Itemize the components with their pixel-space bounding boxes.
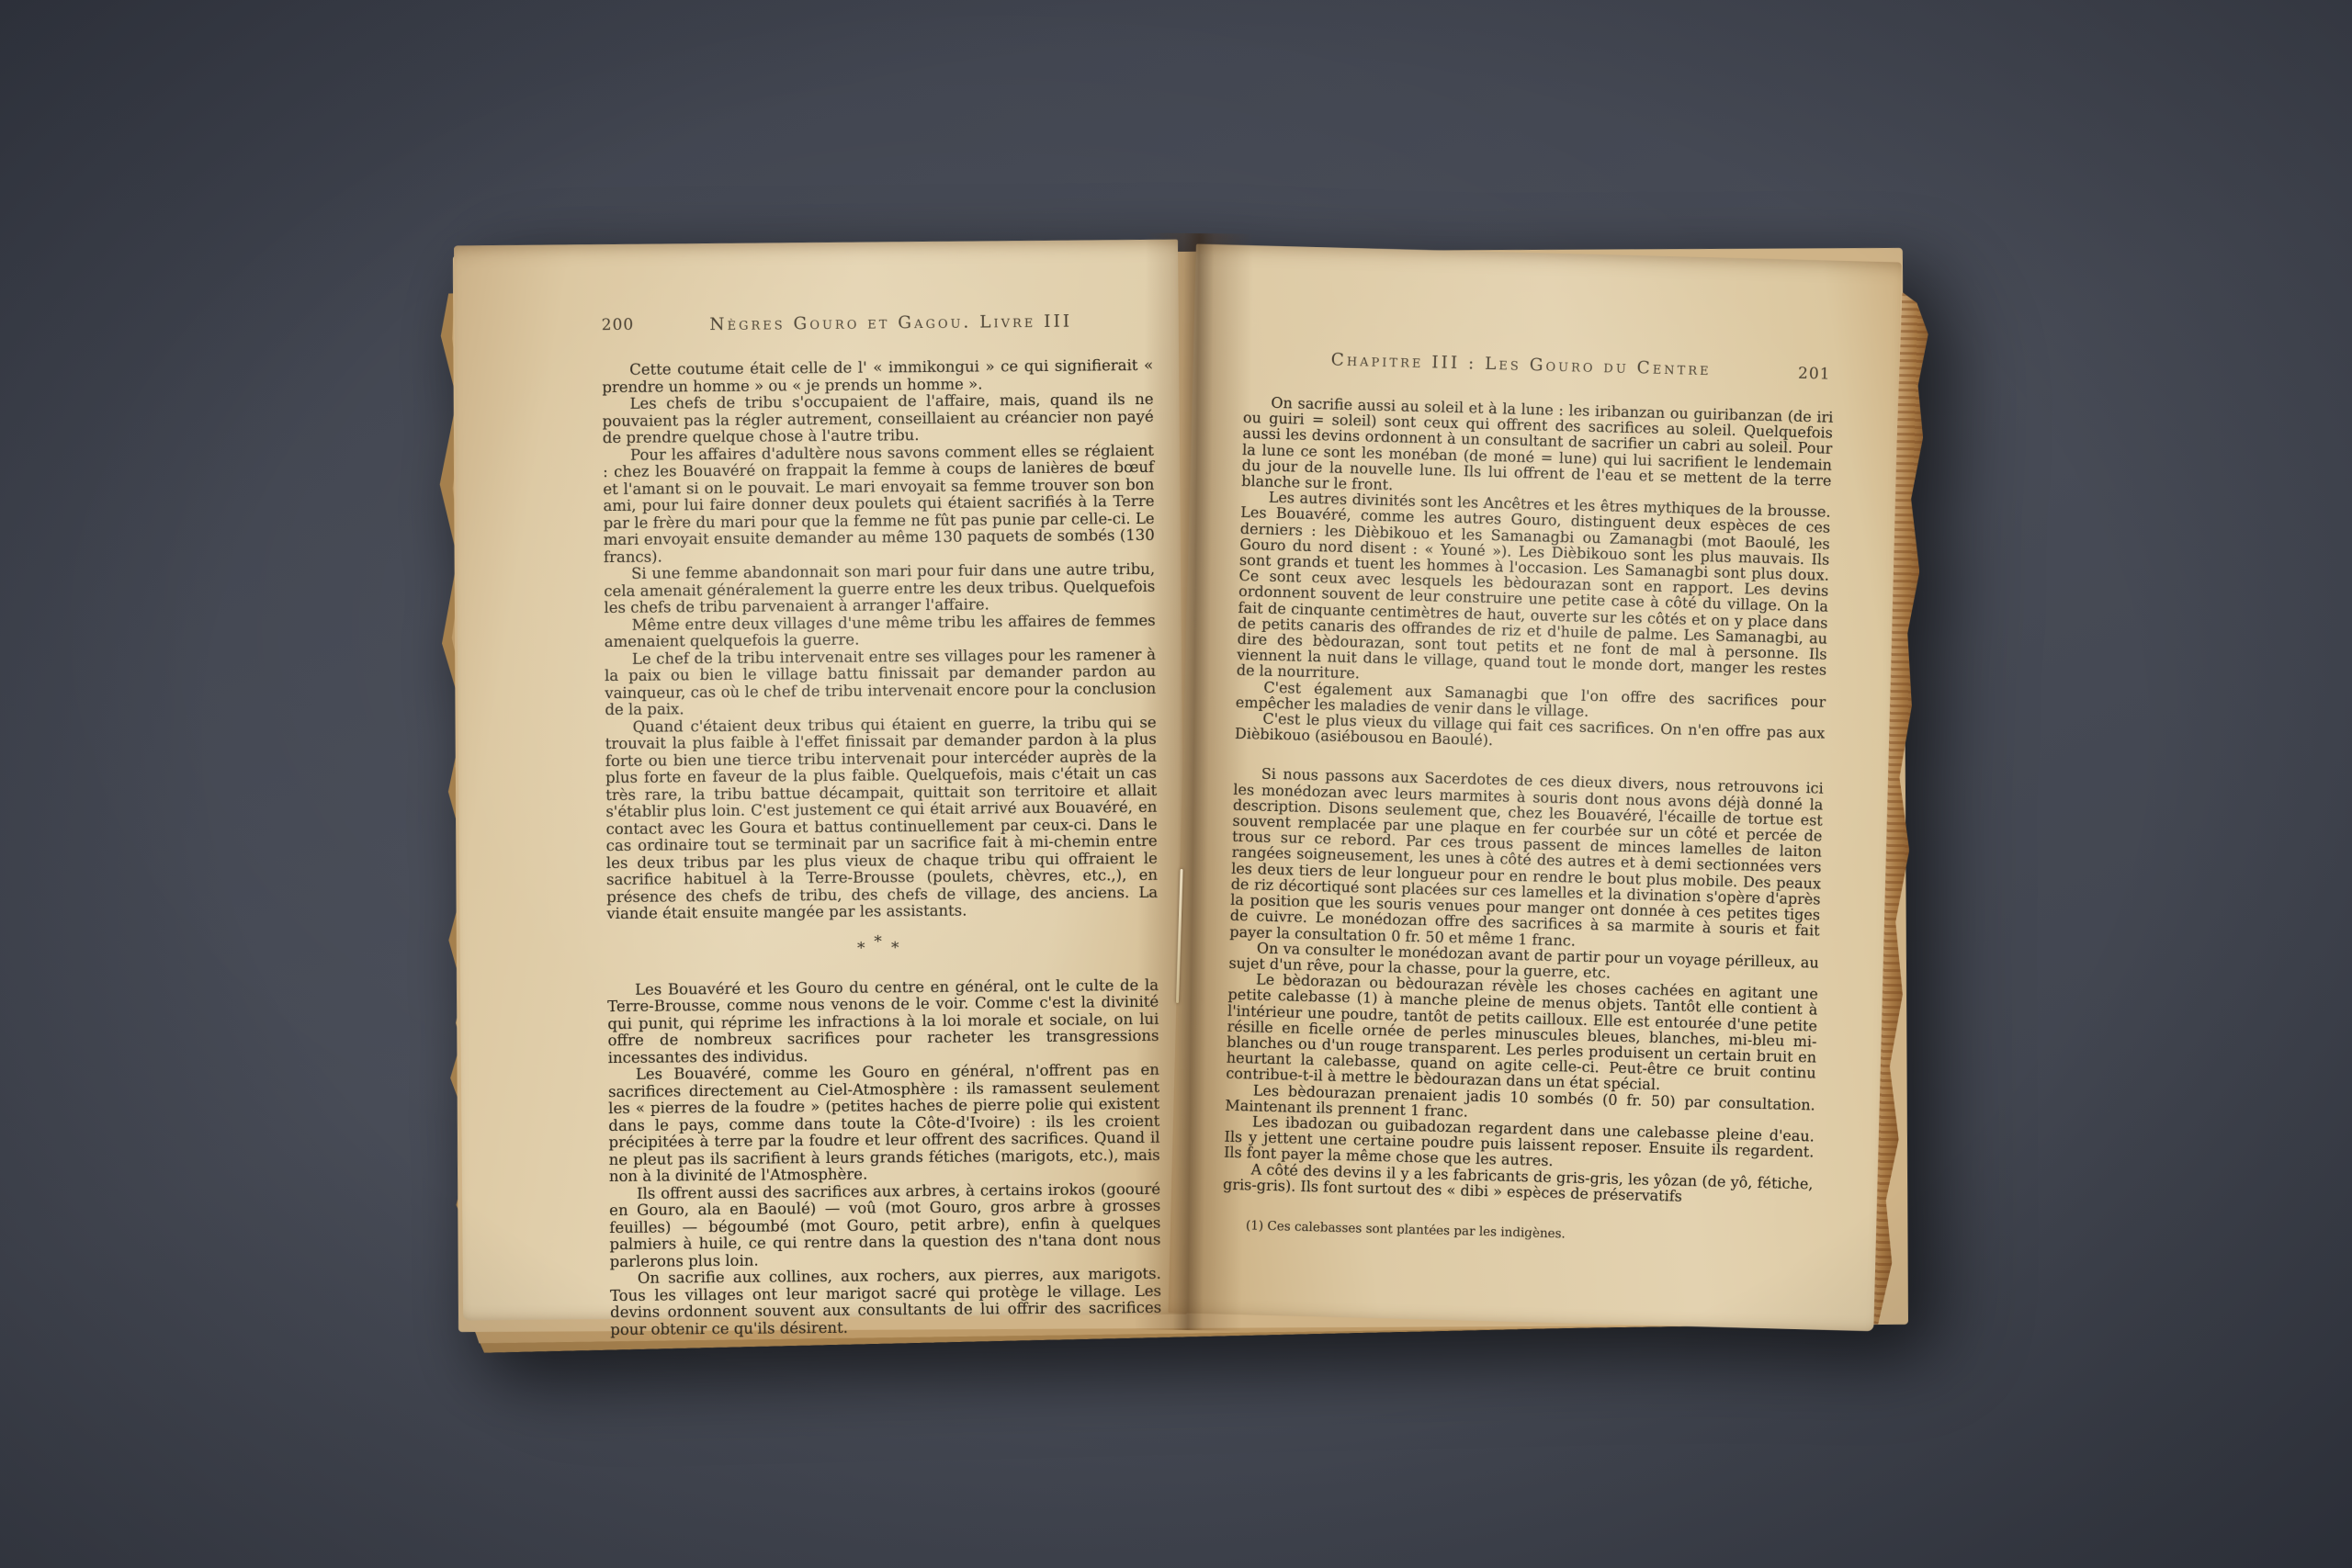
paragraph: Les Bouavéré, comme les Gouro en général… bbox=[608, 1062, 1160, 1186]
asterisk-separator: *** bbox=[607, 936, 1159, 959]
left-page-header: 200 Nègres Gouro et Gagou. Livre III bbox=[602, 311, 1153, 338]
asterisk: * bbox=[891, 939, 909, 957]
right-page-number: 201 bbox=[1798, 365, 1831, 384]
paragraph: Si une femme abandonnait son mari pour f… bbox=[604, 561, 1155, 617]
paragraph: Si nous passons aux Sacerdotes de ces di… bbox=[1229, 765, 1824, 954]
left-running-head: Nègres Gouro et Gagou. Livre III bbox=[602, 311, 1153, 335]
footnote: (1) Ces calebasses sont plantées par les… bbox=[1222, 1218, 1812, 1248]
right-page-text: On sacrifie aussi au soleil et à la lune… bbox=[1222, 394, 1834, 1247]
paragraph: Ils offrent aussi des sacrifices aux arb… bbox=[609, 1180, 1161, 1270]
paragraph: On sacrifie aux collines, aux rochers, a… bbox=[610, 1266, 1162, 1338]
paragraph: Même entre deux villages d'une même trib… bbox=[605, 612, 1156, 650]
paragraph: On sacrifie aussi au soleil et à la lune… bbox=[1241, 394, 1833, 504]
paragraph: Le chef de la tribu intervenait entre se… bbox=[605, 646, 1157, 718]
open-book: 200 Nègres Gouro et Gagou. Livre III Cet… bbox=[452, 219, 1916, 1349]
paragraph: Les autres divinités sont les Ancêtres e… bbox=[1237, 489, 1831, 694]
asterisk: * bbox=[874, 932, 891, 951]
paragraph: Pour les affaires d'adultère nous savons… bbox=[603, 442, 1155, 566]
paragraph: Le bèdorazan ou bèdourazan révèle les ch… bbox=[1226, 971, 1818, 1097]
paragraph: Les chefs de tribu s'occupaient de l'aff… bbox=[602, 391, 1153, 447]
right-page-header: Chapitre III : Les Gouro du Centre 201 bbox=[1244, 348, 1834, 386]
right-page: Chapitre III : Les Gouro du Centre 201 O… bbox=[1169, 244, 1902, 1332]
asterisk: * bbox=[857, 939, 875, 957]
right-running-head: Chapitre III : Les Gouro du Centre bbox=[1244, 348, 1834, 383]
photo-background: 200 Nègres Gouro et Gagou. Livre III Cet… bbox=[0, 0, 2352, 1568]
paragraph: Quand c'étaient deux tribus qui étaient … bbox=[605, 714, 1159, 922]
left-page-text: Cette coutume était celle de l' « immiko… bbox=[602, 357, 1161, 1338]
left-page: 200 Nègres Gouro et Gagou. Livre III Cet… bbox=[454, 240, 1187, 1321]
left-page-number: 200 bbox=[602, 316, 635, 334]
paragraph: Les Bouavéré et les Gouro du centre en g… bbox=[607, 976, 1159, 1066]
